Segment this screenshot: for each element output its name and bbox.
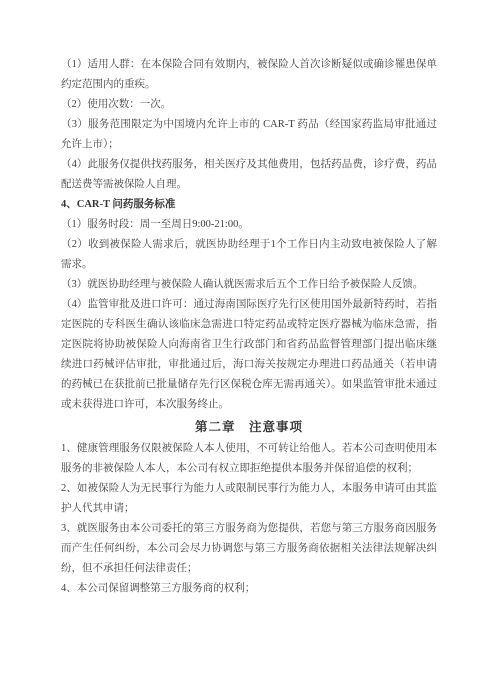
cart-standard-item-3: （3）就医协助经理与被保险人确认就医需求后五个工作日给予被保险人反馈。 xyxy=(61,275,437,295)
notice-item-1: 1、健康管理服务仅限被保险人本人使用，不可转让给他人。若本公司查明使用本服务的非… xyxy=(61,439,437,479)
document-page: （1）适用人群：在本保险合同有效期内，被保险人首次诊断疑似或确诊罹患保单约定范围… xyxy=(0,0,495,700)
cart-scope-item-2: （2）使用次数：一次。 xyxy=(61,95,437,115)
cart-service-standard-heading: 4、CAR-T 问药服务标准 xyxy=(61,195,437,215)
notice-item-3: 3、就医服务由本公司委托的第三方服务商为您提供，若您与第三方服务商因服务而产生任… xyxy=(61,519,437,579)
cart-scope-item-1: （1）适用人群：在本保险合同有效期内，被保险人首次诊断疑似或确诊罹患保单约定范围… xyxy=(61,55,437,95)
cart-standard-item-1: （1）服务时段：周一至周日9:00-21:00。 xyxy=(61,215,437,235)
notice-item-2: 2、如被保险人为无民事行为能力人或限制民事行为能力人，本服务申请可由其监护人代其… xyxy=(61,479,437,519)
cart-scope-item-3: （3）服务范围限定为中国境内允许上市的 CAR-T 药品（经国家药监局审批通过允… xyxy=(61,115,437,155)
notice-item-4: 4、本公司保留调整第三方服务商的权利； xyxy=(61,579,437,599)
cart-standard-item-4: （4）监管审批及进口许可：通过海南国际医疗先行区使用国外最新特药时，若指定医院的… xyxy=(61,295,437,415)
document-content: （1）适用人群：在本保险合同有效期内，被保险人首次诊断疑似或确诊罹患保单约定范围… xyxy=(61,55,437,599)
cart-standard-item-2: （2）收到被保险人需求后，就医协助经理于1个工作日内主动致电被保险人了解需求。 xyxy=(61,235,437,275)
cart-scope-item-4: （4）此服务仅提供找药服务，相关医疗及其他费用，包括药品费，诊疗费，药品配送费等… xyxy=(61,155,437,195)
chapter-two-title: 第二章 注意事项 xyxy=(61,415,437,439)
